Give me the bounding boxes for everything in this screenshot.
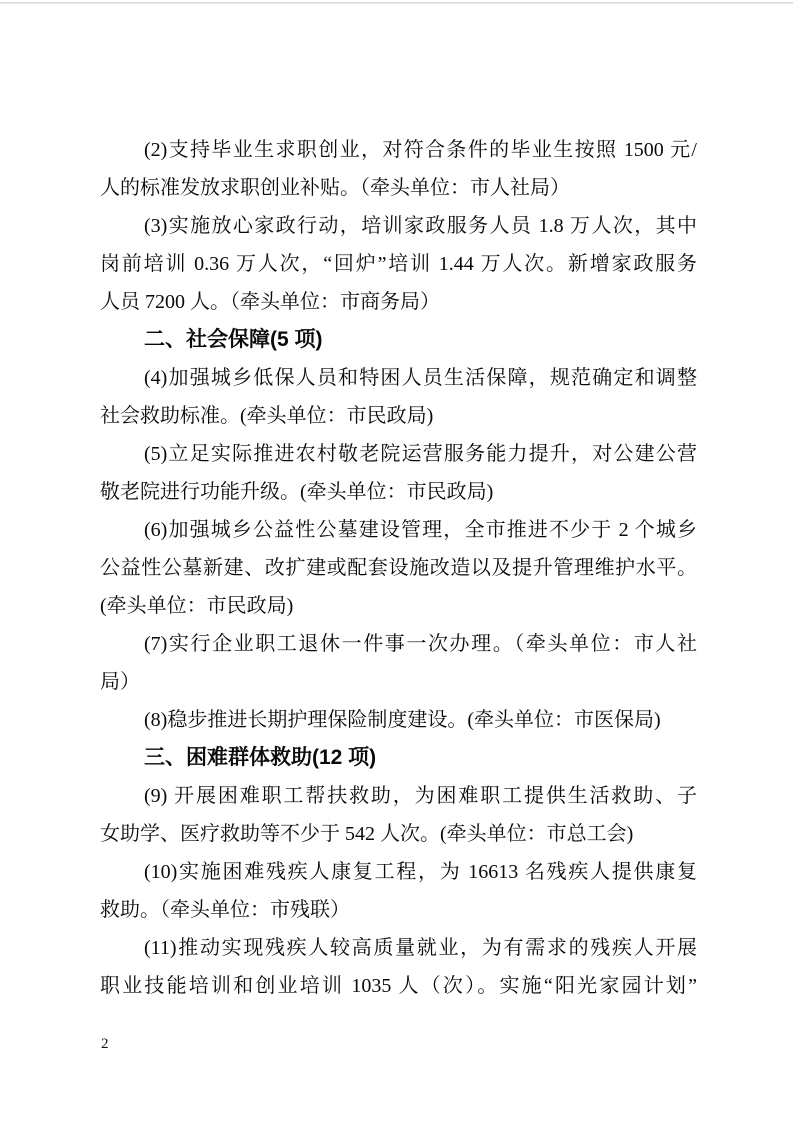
text-line: (7)实行企业职工退休一件事一次办理。（牵头单位：市人社 bbox=[100, 625, 697, 663]
text-line: 职业技能培训和创业培训 1035 人（次）。实施“阳光家园计划” bbox=[100, 967, 697, 1005]
text-line: 女助学、医疗救助等不少于 542 人次。(牵头单位：市总工会) bbox=[100, 815, 697, 853]
text-line: 敬老院进行功能升级。(牵头单位：市民政局) bbox=[100, 473, 697, 511]
page-number: 2 bbox=[101, 1035, 109, 1053]
text-line: (9) 开展困难职工帮扶救助，为困难职工提供生活救助、子 bbox=[100, 777, 697, 815]
document-page: (2)支持毕业生求职创业，对符合条件的毕业生按照 1500 元/ 人的标准发放求… bbox=[0, 0, 793, 1122]
text-line: (5)立足实际推进农村敬老院运营服务能力提升，对公建公营 bbox=[100, 435, 697, 473]
text-line: 公益性公墓新建、改扩建或配套设施改造以及提升管理维护水平。 bbox=[100, 549, 697, 587]
text-line: (2)支持毕业生求职创业，对符合条件的毕业生按照 1500 元/ bbox=[100, 131, 697, 169]
text-line: (8)稳步推进长期护理保险制度建设。(牵头单位：市医保局) bbox=[100, 701, 697, 739]
text-line: (牵头单位：市民政局) bbox=[100, 587, 697, 625]
text-line: 人员 7200 人。（牵头单位：市商务局） bbox=[100, 283, 697, 321]
text-line: 救助。（牵头单位：市残联） bbox=[100, 891, 697, 929]
text-line: (4)加强城乡低保人员和特困人员生活保障，规范确定和调整 bbox=[100, 359, 697, 397]
page-top-edge bbox=[0, 2, 793, 4]
text-line: (6)加强城乡公益性公墓建设管理，全市推进不少于 2 个城乡 bbox=[100, 511, 697, 549]
section-heading: 三、困难群体救助(12 项) bbox=[100, 739, 697, 777]
text-line: 社会救助标准。(牵头单位：市民政局) bbox=[100, 397, 697, 435]
text-line: 人的标准发放求职创业补贴。（牵头单位：市人社局） bbox=[100, 169, 697, 207]
text-line: (10)实施困难残疾人康复工程，为 16613 名残疾人提供康复 bbox=[100, 853, 697, 891]
section-heading: 二、社会保障(5 项) bbox=[100, 321, 697, 359]
document-body: (2)支持毕业生求职创业，对符合条件的毕业生按照 1500 元/ 人的标准发放求… bbox=[100, 131, 697, 1005]
text-line: (3)实施放心家政行动，培训家政服务人员 1.8 万人次，其中 bbox=[100, 207, 697, 245]
text-line: 局） bbox=[100, 663, 697, 701]
text-line: 岗前培训 0.36 万人次，“回炉”培训 1.44 万人次。新增家政服务 bbox=[100, 245, 697, 283]
text-line: (11)推动实现残疾人较高质量就业，为有需求的残疾人开展 bbox=[100, 929, 697, 967]
